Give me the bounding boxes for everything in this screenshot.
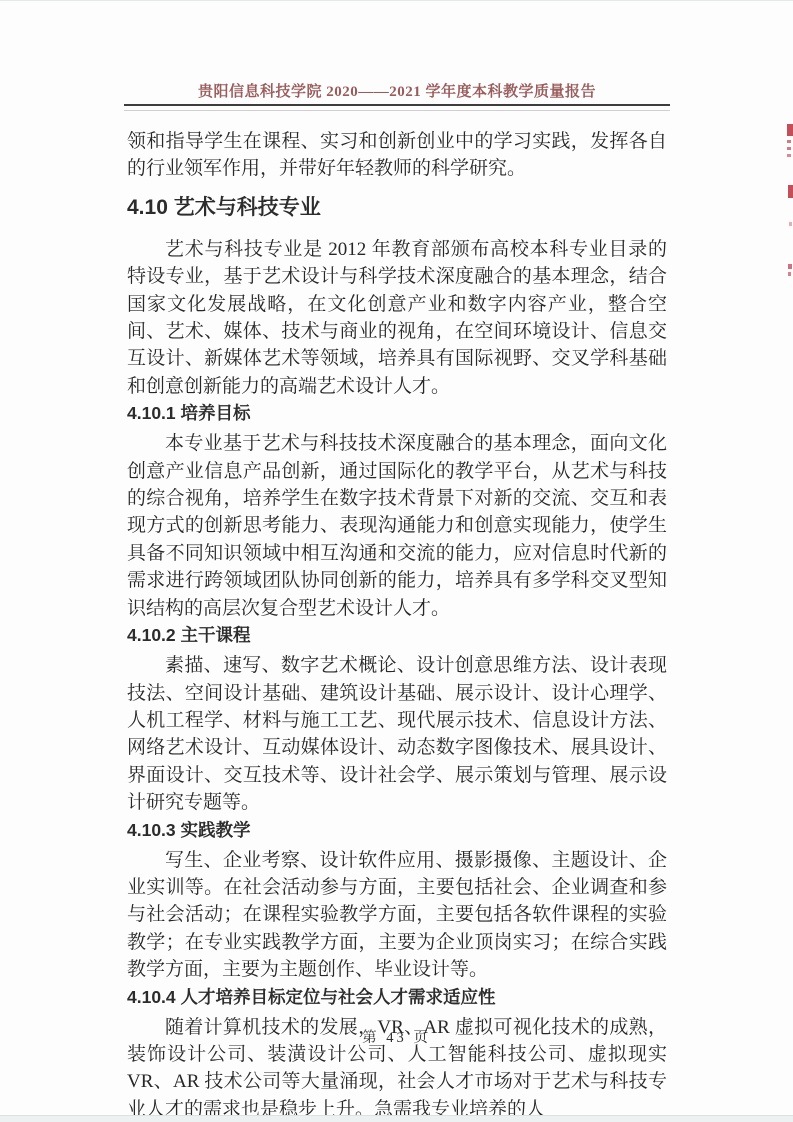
page-header: 贵阳信息科技学院 2020——2021 学年度本科教学质量报告 — [124, 80, 670, 111]
subsection-heading-4-10-3: 4.10.3 实践教学 — [127, 819, 667, 841]
red-edge-artifact — [787, 124, 793, 136]
red-edge-artifact — [788, 185, 793, 198]
document-page: 贵阳信息科技学院 2020——2021 学年度本科教学质量报告 领和指导学生在课… — [0, 0, 793, 1122]
page-bottom-edge — [0, 1115, 793, 1122]
red-edge-artifact — [787, 154, 791, 157]
red-edge-artifact — [788, 272, 791, 276]
subsection-paragraph-4-10-3: 写生、企业考察、设计软件应用、摄影摄像、主题设计、企业实训等。在社会活动参与方面… — [127, 847, 667, 984]
page-number: 第 43 页 — [0, 1026, 793, 1047]
subsection-heading-4-10-1: 4.10.1 培养目标 — [127, 402, 667, 424]
section-intro-paragraph: 艺术与科技专业是 2012 年教育部颁布高校本科专业目录的特设专业，基于艺术设计… — [127, 236, 667, 400]
red-edge-artifact — [787, 140, 791, 143]
subsection-heading-4-10-2: 4.10.2 主干课程 — [127, 624, 667, 646]
page-body: 领和指导学生在课程、实习和创新创业中的学习实践，发挥各自的行业领军作用，并带好年… — [127, 128, 667, 1122]
header-rule-echo — [124, 110, 670, 111]
page-top-edge — [0, 0, 793, 1]
header-rule — [124, 104, 670, 106]
continuation-paragraph: 领和指导学生在课程、实习和创新创业中的学习实践，发挥各自的行业领军作用，并带好年… — [127, 128, 667, 183]
subsection-paragraph-4-10-1: 本专业基于艺术与科技技术深度融合的基本理念，面向文化创意产业信息产品创新，通过国… — [127, 430, 667, 622]
red-edge-artifact — [789, 222, 792, 226]
section-heading-4-10: 4.10 艺术与科技专业 — [127, 193, 667, 222]
red-edge-artifact — [788, 264, 792, 269]
running-header-title: 贵阳信息科技学院 2020——2021 学年度本科教学质量报告 — [124, 80, 670, 101]
subsection-paragraph-4-10-2: 素描、速写、数字艺术概论、设计创意思维方法、设计表现技法、空间设计基础、建筑设计… — [127, 652, 667, 816]
subsection-heading-4-10-4: 4.10.4 人才培养目标定位与社会人才需求适应性 — [127, 986, 667, 1008]
red-edge-artifact — [787, 147, 791, 150]
